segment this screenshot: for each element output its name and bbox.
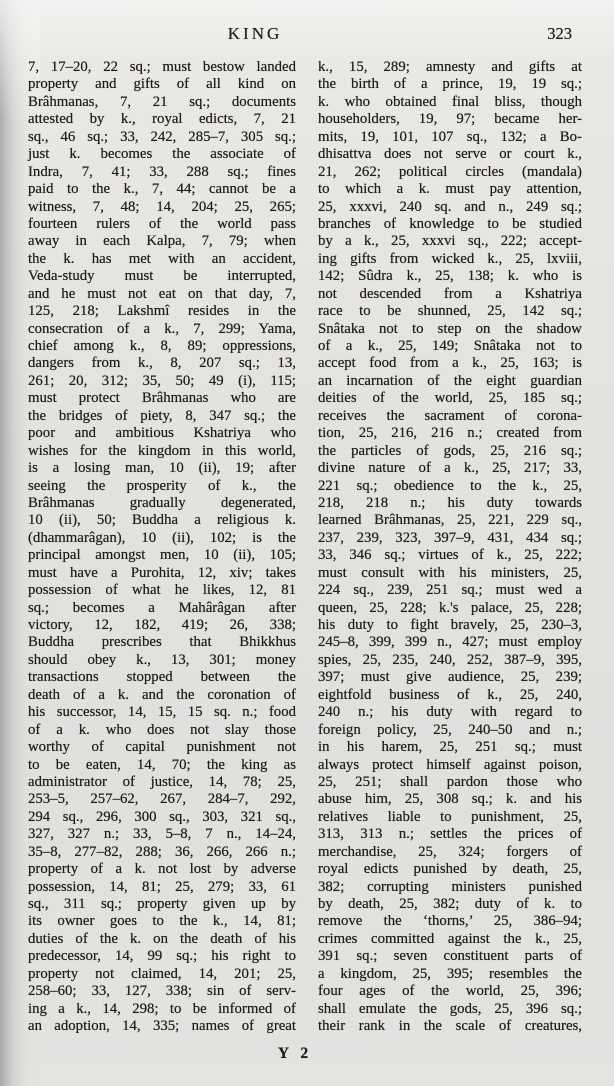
index-line: a kingdom, 25, 395; resembles the	[318, 966, 582, 983]
index-line: witness, 7, 48; 14, 204; 25, 265;	[28, 199, 296, 216]
index-line: always protect himself against poison,	[318, 757, 582, 774]
index-line: foreign policy, 25, 240–50 and n.;	[318, 722, 582, 739]
index-line: 382; corrupting ministers punished	[318, 879, 582, 896]
index-line: transactions stopped between the	[28, 669, 296, 686]
index-line: administrator of justice, 14, 78; 25,	[28, 774, 296, 791]
index-line: branches of knowledge to be studied	[318, 216, 582, 233]
index-line: consecration of a k., 7, 299; Yama,	[28, 321, 296, 338]
index-line: predecessor, 14, 99 sq.; his right to	[28, 948, 296, 965]
index-line: 327, 327 n.; 33, 5–8, 7 n., 14–24,	[28, 826, 296, 843]
index-line: property not claimed, 14, 201; 25,	[28, 966, 296, 983]
index-line: abuse him, 25, 308 sq.; k. and his	[318, 791, 582, 808]
index-line: to which a k. must pay attention,	[318, 181, 582, 198]
index-line: duties of the k. on the death of his	[28, 931, 296, 948]
index-line: in his harem, 25, 251 sq.; must	[318, 739, 582, 756]
index-line: victory, 12, 182, 419; 26, 338;	[28, 617, 296, 634]
index-line: 224 sq., 239, 251 sq.; must wed a	[318, 582, 582, 599]
index-line: 142; Sûdra k., 25, 138; k. who is	[318, 268, 582, 285]
index-line: 253–5, 257–62, 267, 284–7, 292,	[28, 791, 296, 808]
index-line: 21, 262; political circles (mandala)	[318, 164, 582, 181]
index-line: just k. becomes the associate of	[28, 146, 296, 163]
index-line: race to be shunned, 25, 142 sq.;	[318, 303, 582, 320]
index-line: 245–8, 399, 399 n., 427; must employ	[318, 634, 582, 651]
index-line: its owner goes to the k., 14, 81;	[28, 913, 296, 930]
printers-signature: Y 2	[245, 1045, 345, 1063]
index-line: their rank in the scale of creatures,	[318, 1018, 582, 1035]
index-line: dangers from k., 8, 207 sq.; 13,	[28, 355, 296, 372]
index-line: royal edicts punished by death, 25,	[318, 861, 582, 878]
index-line: accept food from a k., 25, 163; is	[318, 355, 582, 372]
index-line: principal amongst men, 10 (ii), 105;	[28, 547, 296, 564]
index-line: of a k. who does not slay those	[28, 722, 296, 739]
index-line: sq., 46 sq.; 33, 242, 285–7, 305 sq.;	[28, 129, 296, 146]
index-line: 313, 313 n.; settles the prices of	[318, 826, 582, 843]
index-line: attested by k., royal edicts, 7, 21	[28, 111, 296, 128]
index-line: an incarnation of the eight guardian	[318, 373, 582, 390]
index-line: householders, 19, 97; became her-	[318, 111, 582, 128]
index-line: 240 n.; his duty with regard to	[318, 704, 582, 721]
index-line: chief among k., 8, 89; oppressions,	[28, 338, 296, 355]
index-line: spies, 25, 235, 240, 252, 387–9, 395,	[318, 652, 582, 669]
index-line: seeing the prosperity of k., the	[28, 478, 296, 495]
index-line: must have a Purohita, 12, xiv; takes	[28, 565, 296, 582]
index-line: must protect Brâhmanas who are	[28, 390, 296, 407]
index-line: by death, 25, 382; duty of k. to	[318, 896, 582, 913]
index-line: and he must not eat on that day, 7,	[28, 286, 296, 303]
index-line: not descended from a Kshatriya	[318, 286, 582, 303]
index-line: 7, 17–20, 22 sq.; must bestow landed	[28, 59, 296, 76]
index-line: sq., 311 sq.; property given up by	[28, 896, 296, 913]
running-head-title: KING	[130, 24, 380, 44]
index-line: 218, 218 n.; his duty towards	[318, 495, 582, 512]
index-line: tion, 25, 216, 216 n.; created from	[318, 425, 582, 442]
index-line: 33, 346 sq.; virtues of k., 25, 222;	[318, 547, 582, 564]
index-line: property of a k. not lost by adverse	[28, 861, 296, 878]
index-line: queen, 25, 228; k.'s palace, 25, 228;	[318, 600, 582, 617]
index-line: to be eaten, 14, 70; the king as	[28, 757, 296, 774]
index-line: away in each Kalpa, 7, 79; when	[28, 233, 296, 250]
index-line: Veda-study must be interrupted,	[28, 268, 296, 285]
index-line: paid to the k., 7, 44; cannot be a	[28, 181, 296, 198]
index-line: 391 sq.; seven constituent parts of	[318, 948, 582, 965]
index-column-right: k., 15, 289; amnesty and gifts atthe bir…	[318, 59, 582, 1036]
index-line: eightfold business of k., 25, 240,	[318, 687, 582, 704]
index-line: by a k., 25, xxxvi sq., 222; accept-	[318, 233, 582, 250]
index-line: the k. has met with an accident,	[28, 251, 296, 268]
index-line: 237, 239, 323, 397–9, 431, 434 sq.;	[318, 530, 582, 547]
index-line: of a k., 25, 149; Snâtaka not to	[318, 338, 582, 355]
index-line: Snâtaka not to step on the shadow	[318, 321, 582, 338]
index-line: possession of what he likes, 12, 81	[28, 582, 296, 599]
index-line: receives the sacrament of corona-	[318, 408, 582, 425]
index-line: divine nature of a k., 25, 217; 33,	[318, 460, 582, 477]
index-line: Indra, 7, 41; 33, 288 sq.; fines	[28, 164, 296, 181]
index-line: ing gifts from wicked k., 25, lxviii,	[318, 251, 582, 268]
index-line: Brâhmanas, 7, 21 sq.; documents	[28, 94, 296, 111]
index-line: k., 15, 289; amnesty and gifts at	[318, 59, 582, 76]
index-line: wishes for the kingdom in this world,	[28, 443, 296, 460]
index-line: death of a k. and the coronation of	[28, 687, 296, 704]
page-header: KING 323	[0, 24, 614, 48]
index-line: remove the ‘thorns,’ 25, 386–94;	[318, 913, 582, 930]
index-line: his duty to fight bravely, 25, 230–3,	[318, 617, 582, 634]
index-line: deities of the world, 25, 185 sq.;	[318, 390, 582, 407]
index-line: the particles of gods, 25, 216 sq.;	[318, 443, 582, 460]
index-line: 25, xxxvi, 240 sq. and n., 249 sq.;	[318, 199, 582, 216]
index-line: an adoption, 14, 335; names of great	[28, 1018, 296, 1035]
index-line: possession, 14, 81; 25, 279; 33, 61	[28, 879, 296, 896]
scanned-book-page: KING 323 7, 17–20, 22 sq.; must bestow l…	[0, 0, 614, 1086]
index-line: merchandise, 25, 324; forgers of	[318, 844, 582, 861]
index-line: sq.; becomes a Mahârâgan after	[28, 600, 296, 617]
index-line: poor and ambitious Kshatriya who	[28, 425, 296, 442]
index-line: the birth of a prince, 19, 19 sq.;	[318, 76, 582, 93]
index-line: 35–8, 277–82, 288; 36, 266, 266 n.;	[28, 844, 296, 861]
index-line: property and gifts of all kind on	[28, 76, 296, 93]
index-line: mits, 19, 101, 107 sq., 132; a Bo-	[318, 129, 582, 146]
index-line: 261; 20, 312; 35, 50; 49 (i), 115;	[28, 373, 296, 390]
index-line: fourteen rulers of the world pass	[28, 216, 296, 233]
index-line: 25, 251; shall pardon those who	[318, 774, 582, 791]
index-line: shall emulate the gods, 25, 396 sq.;	[318, 1001, 582, 1018]
index-line: worthy of capital punishment not	[28, 739, 296, 756]
index-line: the bridges of piety, 8, 347 sq.; the	[28, 408, 296, 425]
index-line: 10 (ii), 50; Buddha a religious k.	[28, 512, 296, 529]
index-line: crimes committed against the k., 25,	[318, 931, 582, 948]
index-line: four ages of the world, 25, 396;	[318, 983, 582, 1000]
index-line: Brâhmanas gradually degenerated,	[28, 495, 296, 512]
index-line: 258–60; 33, 127, 338; sin of serv-	[28, 983, 296, 1000]
index-line: should obey k., 13, 301; money	[28, 652, 296, 669]
index-line: Buddha prescribes that Bhikkhus	[28, 634, 296, 651]
index-line: must consult with his ministers, 25,	[318, 565, 582, 582]
index-line: (dhammarâgan), 10 (ii), 102; is the	[28, 530, 296, 547]
index-line: is a losing man, 10 (ii), 19; after	[28, 460, 296, 477]
page-number: 323	[480, 24, 572, 44]
index-line: relatives liable to punishment, 25,	[318, 809, 582, 826]
index-line: 294 sq., 296, 300 sq., 303, 321 sq.,	[28, 809, 296, 826]
index-line: 221 sq.; obedience to the k., 25,	[318, 478, 582, 495]
index-line: learned Brâhmanas, 25, 221, 229 sq.,	[318, 512, 582, 529]
index-line: dhisattva does not serve or court k.,	[318, 146, 582, 163]
index-line: his successor, 14, 15, 15 sq. n.; food	[28, 704, 296, 721]
index-line: k. who obtained final bliss, though	[318, 94, 582, 111]
index-line: 397; must give audience, 25, 239;	[318, 669, 582, 686]
index-line: ing a k., 14, 298; to be informed of	[28, 1001, 296, 1018]
index-line: 125, 218; Lakshmî resides in the	[28, 303, 296, 320]
index-column-left: 7, 17–20, 22 sq.; must bestow landedprop…	[28, 59, 296, 1036]
